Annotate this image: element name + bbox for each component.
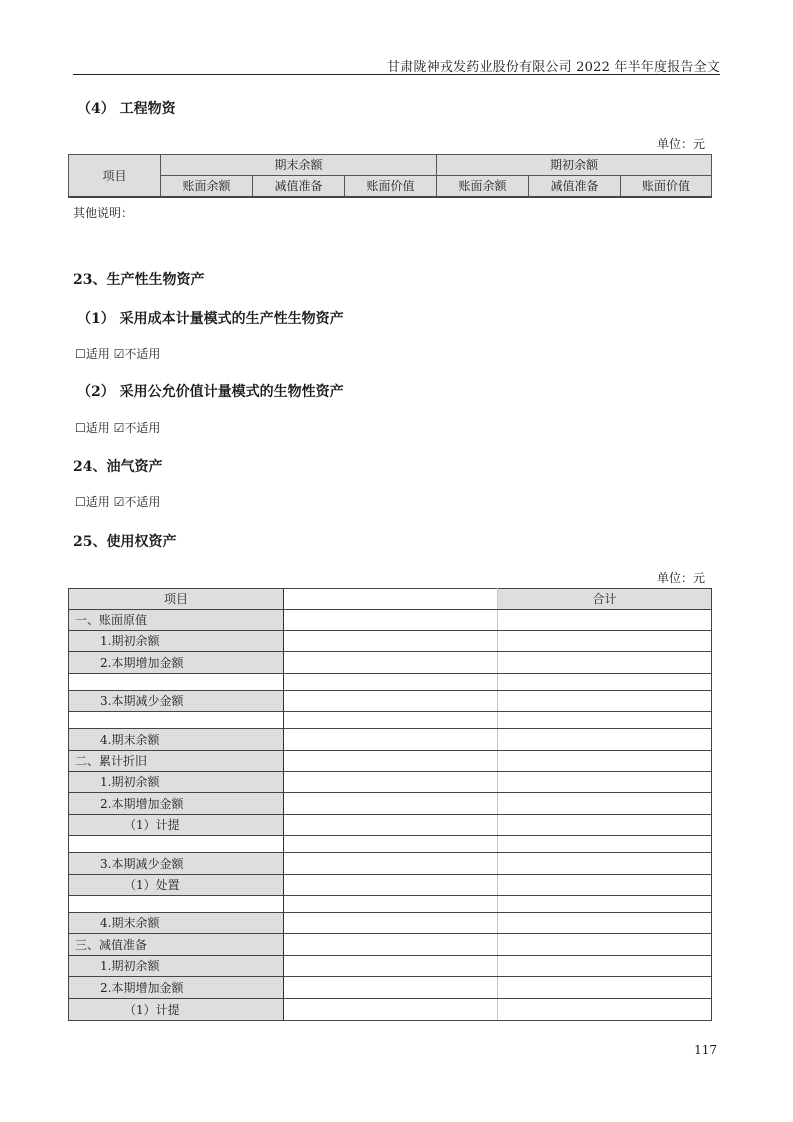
- row-value: [284, 691, 498, 712]
- row-label: 4.期末余额: [69, 913, 284, 934]
- row-value: [284, 977, 498, 999]
- column-header-item: 项目: [69, 589, 284, 610]
- row-value: [284, 712, 498, 729]
- table-row: 4.期末余额: [69, 729, 712, 751]
- table-row: 4.期末余额: [69, 913, 712, 934]
- table-row: 1.期初余额: [69, 631, 712, 652]
- table-header-row: 项目 期末余额 期初余额: [69, 155, 712, 176]
- row-total: [498, 815, 712, 836]
- unchecked-box-icon: ☐: [75, 347, 86, 361]
- column-header-book-balance: 账面余额: [161, 176, 253, 198]
- row-label: [69, 674, 284, 691]
- table-header-row: 项目 合计: [69, 589, 712, 610]
- row-total: [498, 836, 712, 853]
- unit-label: 单位：元: [657, 569, 705, 586]
- engineering-materials-table: 项目 期末余额 期初余额 账面余额 减值准备 账面价值 账面余额 减值准备 账面…: [68, 154, 712, 198]
- row-value: [284, 896, 498, 913]
- row-value: [284, 631, 498, 652]
- row-value: [284, 875, 498, 896]
- column-header-item: 项目: [69, 155, 161, 198]
- table-row: 2.本期增加金额: [69, 793, 712, 815]
- column-header-total: 合计: [498, 589, 712, 610]
- row-value: [284, 610, 498, 631]
- row-label: 1.期初余额: [69, 631, 284, 652]
- applicable-label: 适用: [86, 421, 110, 435]
- not-applicable-label: 不适用: [124, 495, 160, 509]
- row-value: [284, 999, 498, 1021]
- row-total: [498, 674, 712, 691]
- row-label: 3.本期减少金额: [69, 691, 284, 712]
- column-header-book-value: 账面价值: [621, 176, 712, 198]
- row-total: [498, 610, 712, 631]
- row-value: [284, 652, 498, 674]
- row-label: 2.本期增加金额: [69, 652, 284, 674]
- row-label: （1）计提: [69, 999, 284, 1021]
- row-label: （1）计提: [69, 815, 284, 836]
- table-row: 3.本期减少金额: [69, 853, 712, 875]
- row-label: 2.本期增加金额: [69, 793, 284, 815]
- row-total: [498, 772, 712, 793]
- column-header-impairment: 减值准备: [529, 176, 621, 198]
- unit-label: 单位：元: [657, 135, 705, 152]
- applicability-options: ☐适用 ☑不适用: [75, 493, 160, 510]
- row-value: [284, 729, 498, 751]
- row-label: [69, 836, 284, 853]
- header-divider: [73, 74, 720, 75]
- row-label: [69, 712, 284, 729]
- column-header-book-value: 账面价值: [345, 176, 437, 198]
- row-value: [284, 815, 498, 836]
- checked-box-icon: ☑: [114, 495, 125, 509]
- row-label: 4.期末余额: [69, 729, 284, 751]
- row-value: [284, 934, 498, 956]
- row-total: [498, 934, 712, 956]
- row-label: 1.期初余额: [69, 772, 284, 793]
- row-label: 1.期初余额: [69, 956, 284, 977]
- row-total: [498, 999, 712, 1021]
- column-header-impairment: 减值准备: [253, 176, 345, 198]
- table-row: 1.期初余额: [69, 772, 712, 793]
- table-row: 一、账面原值: [69, 610, 712, 631]
- section-title-productive-biological-assets: 23、生产性生物资产: [73, 269, 204, 289]
- row-value: [284, 913, 498, 934]
- right-of-use-assets-table: 项目 合计 一、账面原值 1.期初余额 2.本期增加金额 3.本期减少金额 4.…: [68, 588, 712, 1021]
- row-total: [498, 853, 712, 875]
- table-row: 1.期初余额: [69, 956, 712, 977]
- table-row: 2.本期增加金额: [69, 652, 712, 674]
- row-total: [498, 956, 712, 977]
- applicable-label: 适用: [86, 347, 110, 361]
- row-label: 一、账面原值: [69, 610, 284, 631]
- row-total: [498, 652, 712, 674]
- row-total: [498, 729, 712, 751]
- row-total: [498, 712, 712, 729]
- table-row: （1）处置: [69, 875, 712, 896]
- row-value: [284, 853, 498, 875]
- row-value: [284, 956, 498, 977]
- row-value: [284, 793, 498, 815]
- not-applicable-label: 不适用: [124, 421, 160, 435]
- column-header-blank: [284, 589, 498, 610]
- table-row: 3.本期减少金额: [69, 691, 712, 712]
- table-row-blank: [69, 836, 712, 853]
- checked-box-icon: ☑: [114, 347, 125, 361]
- page-number: 117: [694, 1043, 717, 1057]
- subsection-title-engineering-materials: （4） 工程物资: [77, 98, 176, 118]
- table-subheader-row: 账面余额 减值准备 账面价值 账面余额 减值准备 账面价值: [69, 176, 712, 198]
- document-header-title: 甘肃陇神戎发药业股份有限公司 2022 年半年度报告全文: [387, 56, 720, 75]
- applicable-label: 适用: [86, 495, 110, 509]
- column-group-opening-balance: 期初余额: [437, 155, 712, 176]
- table-row: （1）计提: [69, 815, 712, 836]
- table-row: （1）计提: [69, 999, 712, 1021]
- row-value: [284, 836, 498, 853]
- row-label: 3.本期减少金额: [69, 853, 284, 875]
- row-value: [284, 751, 498, 772]
- row-total: [498, 751, 712, 772]
- subsection-title-cost-model: （1） 采用成本计量模式的生产性生物资产: [77, 308, 344, 328]
- unchecked-box-icon: ☐: [75, 421, 86, 435]
- row-value: [284, 772, 498, 793]
- checked-box-icon: ☑: [114, 421, 125, 435]
- unchecked-box-icon: ☐: [75, 495, 86, 509]
- table-row: 二、累计折旧: [69, 751, 712, 772]
- column-header-book-balance: 账面余额: [437, 176, 529, 198]
- row-value: [284, 674, 498, 691]
- table-row-blank: [69, 674, 712, 691]
- other-notes-label: 其他说明：: [73, 204, 133, 221]
- applicability-options: ☐适用 ☑不适用: [75, 345, 160, 362]
- row-label: 2.本期增加金额: [69, 977, 284, 999]
- table-row: 2.本期增加金额: [69, 977, 712, 999]
- row-total: [498, 977, 712, 999]
- row-total: [498, 631, 712, 652]
- table-row-blank: [69, 896, 712, 913]
- row-label: [69, 896, 284, 913]
- section-title-oil-gas-assets: 24、油气资产: [73, 456, 162, 476]
- applicability-options: ☐适用 ☑不适用: [75, 419, 160, 436]
- row-total: [498, 896, 712, 913]
- row-label: （1）处置: [69, 875, 284, 896]
- not-applicable-label: 不适用: [124, 347, 160, 361]
- row-total: [498, 691, 712, 712]
- row-label: 二、累计折旧: [69, 751, 284, 772]
- row-total: [498, 875, 712, 896]
- row-total: [498, 793, 712, 815]
- table-row: 三、减值准备: [69, 934, 712, 956]
- column-group-closing-balance: 期末余额: [161, 155, 437, 176]
- subsection-title-fair-value-model: （2） 采用公允价值计量模式的生物性资产: [77, 381, 344, 401]
- row-label: 三、减值准备: [69, 934, 284, 956]
- section-title-right-of-use-assets: 25、使用权资产: [73, 531, 176, 551]
- row-total: [498, 913, 712, 934]
- table-row-blank: [69, 712, 712, 729]
